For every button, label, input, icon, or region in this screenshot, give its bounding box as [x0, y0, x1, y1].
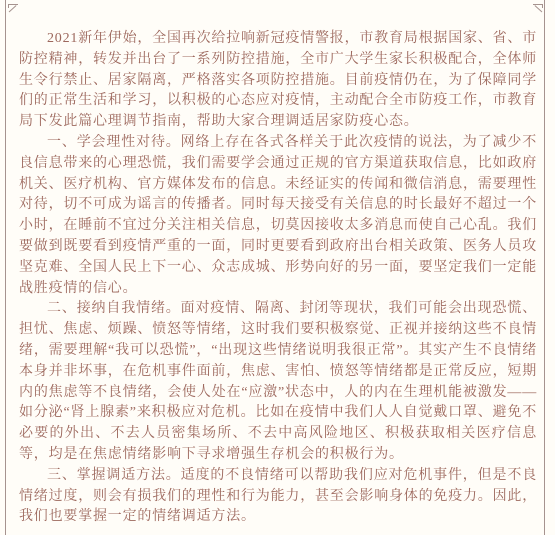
paragraph-intro: 2021新年伊始，全国再次给拉响新冠疫情警报，市教育局根据国家、省、市防控精神，… [19, 29, 537, 133]
document-body: 2021新年伊始，全国再次给拉响新冠疫情警报，市教育局根据国家、省、市防控精神，… [19, 29, 537, 528]
paragraph-section-1: 一、学会理性对待。网络上存在各式各样关于此次疫情的说法，为了减少不良信息带来的心… [19, 133, 537, 299]
paragraph-section-2: 二、接纳自我情绪。面对疫情、隔离、封闭等现状，我们可能会出现恐慌、担忧、焦虑、烦… [19, 299, 537, 465]
document-page: { "page": { "colors": { "background": "#… [0, 0, 555, 535]
page-boundary-right [544, 0, 545, 535]
crop-mark-top-left-icon [8, 4, 18, 13]
page-boundary-left [5, 0, 6, 535]
paragraph-section-3: 三、掌握调适方法。适度的不良情绪可以帮助我们应对危机事件，但是不良情绪过度，则会… [19, 466, 537, 528]
crop-mark-top-right-icon [533, 4, 543, 13]
